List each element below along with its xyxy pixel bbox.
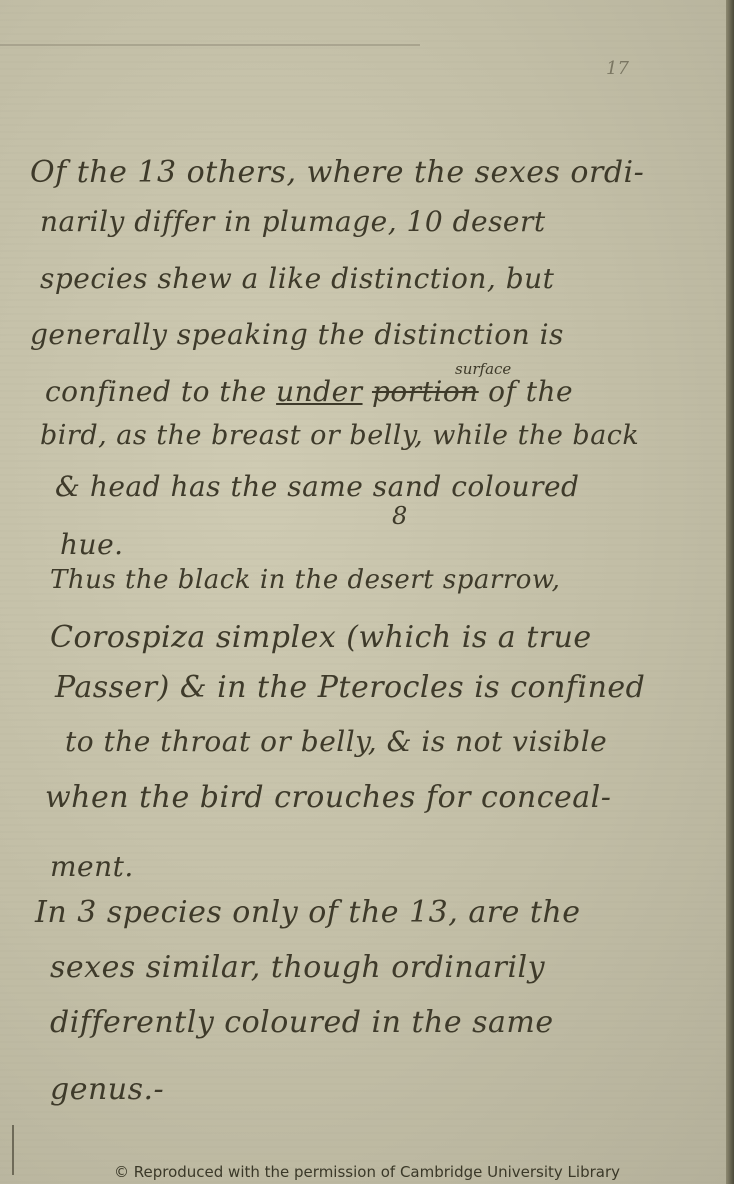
line-text: sexes similar, though ordinarily <box>50 950 545 985</box>
manuscript-line: narily differ in plumage, 10 desert <box>40 205 546 238</box>
line-text: confined to the <box>45 375 267 408</box>
manuscript-line: Thus the black in the desert sparrow, <box>50 565 560 595</box>
manuscript-line: generally speaking the distinction is <box>30 318 564 351</box>
line-text: genus.- <box>50 1072 164 1107</box>
manuscript-line: when the bird crouches for conceal- <box>45 780 611 815</box>
insertion-marker: 8 <box>392 502 407 530</box>
page-edge-shadow <box>726 0 734 1184</box>
manuscript-line: hue. <box>60 528 124 561</box>
manuscript-line: Corospiza simplex (which is a true <box>50 620 592 655</box>
line-text: generally speaking the distinction is <box>30 318 564 351</box>
manuscript-page: 17 Of the 13 others, where the sexes ord… <box>0 0 734 1184</box>
line-text: In 3 species only of the 13, are the <box>35 895 581 930</box>
folio-number: 17 <box>606 58 629 79</box>
manuscript-line: genus.- <box>50 1072 164 1107</box>
manuscript-line: bird, as the breast or belly, while the … <box>40 420 639 451</box>
line-text: Corospiza simplex (which is a true <box>50 620 592 655</box>
manuscript-line: Of the 13 others, where the sexes ordi- <box>30 155 644 190</box>
line-text: Thus the black in the desert sparrow, <box>50 565 560 595</box>
manuscript-line: ment. <box>50 850 134 883</box>
manuscript-line: confined to the under portion of the <box>45 375 573 408</box>
line-text: Passer) & in the Pterocles is confined <box>55 670 645 705</box>
manuscript-line: differently coloured in the same <box>50 1005 554 1040</box>
line-text-tail: of the <box>488 375 573 408</box>
line-text: hue. <box>60 528 124 561</box>
manuscript-line: species shew a like distinction, but <box>40 262 554 295</box>
underlined-word: under <box>276 375 362 408</box>
interlinear-insertion: surface <box>455 360 511 378</box>
line-text: & head has the same sand coloured <box>55 470 579 503</box>
line-text: bird, as the breast or belly, while the … <box>40 420 639 451</box>
copyright-notice: © Reproduced with the permission of Camb… <box>0 1163 734 1181</box>
struck-word: portion <box>372 375 479 408</box>
manuscript-line: to the throat or belly, & is not visible <box>65 725 607 758</box>
line-text: ment. <box>50 850 134 883</box>
manuscript-line: sexes similar, though ordinarily <box>50 950 545 985</box>
line-text: Of the 13 others, where the sexes ordi- <box>30 155 644 190</box>
manuscript-line: & head has the same sand coloured <box>55 470 579 503</box>
manuscript-line: In 3 species only of the 13, are the <box>35 895 581 930</box>
line-text: when the bird crouches for conceal- <box>45 780 611 815</box>
line-text: narily differ in plumage, 10 desert <box>40 205 546 238</box>
manuscript-line: Passer) & in the Pterocles is confined <box>55 670 645 705</box>
line-text: differently coloured in the same <box>50 1005 554 1040</box>
line-text: species shew a like distinction, but <box>40 262 554 295</box>
line-text: to the throat or belly, & is not visible <box>65 725 607 758</box>
paper-crease <box>0 44 420 46</box>
